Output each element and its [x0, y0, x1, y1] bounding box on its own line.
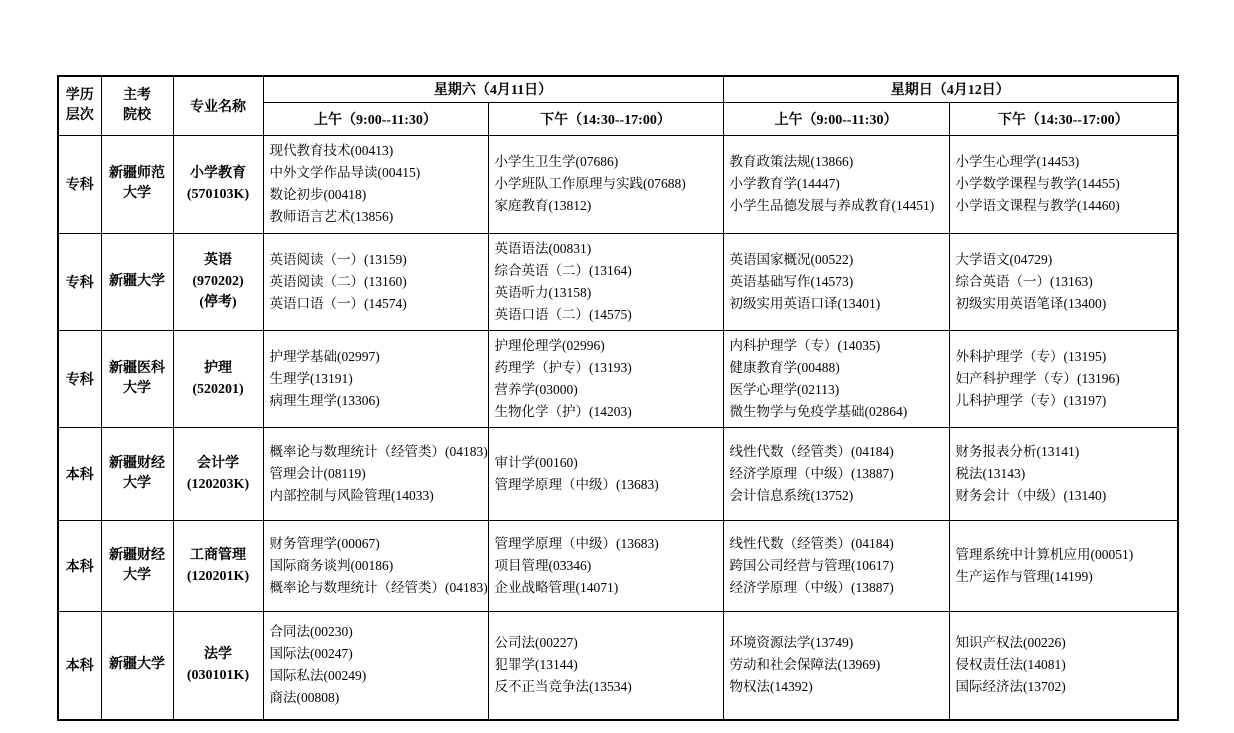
sun-am-cell: 线性代数（经管类）(04184)经济学原理（中级）(13887)会计信息系统(1… — [723, 427, 949, 520]
course-item: 合同法(00230) — [270, 621, 482, 643]
major-cell: 护理(520201) — [173, 330, 263, 427]
course-item: 企业战略管理(14071) — [495, 577, 717, 599]
major-cell: 英语(970202)(停考) — [173, 233, 263, 330]
course-item: 小学教育学(14447) — [730, 173, 943, 195]
course-item: 营养学(03000) — [495, 379, 717, 401]
course-item: 护理学基础(02997) — [270, 346, 482, 368]
header-level: 学历层次 — [58, 76, 101, 135]
course-item: 税法(13143) — [956, 463, 1172, 485]
course-item: 教育政策法规(13866) — [730, 151, 943, 173]
sat-am-cell: 现代教育技术(00413)中外文学作品导读(00415)数论初步(00418)教… — [263, 135, 488, 233]
course-item: 小学班队工作原理与实践(07688) — [495, 173, 717, 195]
course-item: 财务管理学(00067) — [270, 533, 482, 555]
course-item: 家庭教育(13812) — [495, 195, 717, 217]
school-cell: 新疆大学 — [101, 233, 173, 330]
course-item: 管理学原理（中级）(13683) — [495, 474, 717, 496]
course-item: 小学教育 — [176, 163, 261, 184]
course-item: 犯罪学(13144) — [495, 654, 717, 676]
course-item: 医学心理学(02113) — [730, 379, 943, 401]
sun-am-cell: 线性代数（经管类）(04184)跨国公司经营与管理(10617)经济学原理（中级… — [723, 520, 949, 611]
course-item: 物权法(14392) — [730, 676, 943, 698]
sun-pm-cell: 小学生心理学(14453)小学数学课程与教学(14455)小学语文课程与教学(1… — [949, 135, 1178, 233]
course-item: 工商管理 — [176, 545, 261, 566]
course-item: 知识产权法(00226) — [956, 632, 1172, 654]
course-item: 小学语文课程与教学(14460) — [956, 195, 1172, 217]
level-cell: 专科 — [58, 233, 101, 330]
sat-am-cell: 合同法(00230)国际法(00247)国际私法(00249)商法(00808) — [263, 611, 488, 720]
course-item: 经济学原理（中级）(13887) — [730, 577, 943, 599]
course-item: 大学语文(04729) — [956, 249, 1172, 271]
major-cell: 工商管理(120201K) — [173, 520, 263, 611]
major-cell: 小学教育(570103K) — [173, 135, 263, 233]
course-item: 小学生心理学(14453) — [956, 151, 1172, 173]
course-item: 财务会计（中级）(13140) — [956, 485, 1172, 507]
course-item: 会计信息系统(13752) — [730, 485, 943, 507]
course-item: 英语语法(00831) — [495, 238, 717, 260]
header-sun-pm: 下午（14:30--17:00） — [949, 102, 1178, 135]
sat-pm-cell: 管理学原理（中级）(13683)项目管理(03346)企业战略管理(14071) — [488, 520, 723, 611]
course-item: 药理学（护专）(13193) — [495, 357, 717, 379]
course-item: 管理系统中计算机应用(00051) — [956, 544, 1172, 566]
sun-am-cell: 英语国家概况(00522)英语基础写作(14573)初级实用英语口译(13401… — [723, 233, 949, 330]
sun-pm-cell: 管理系统中计算机应用(00051)生产运作与管理(14199) — [949, 520, 1178, 611]
course-item: 英语阅读（二）(13160) — [270, 271, 482, 293]
header-sun-am: 上午（9:00--11:30） — [723, 102, 949, 135]
sat-pm-cell: 审计学(00160)管理学原理（中级）(13683) — [488, 427, 723, 520]
header-sat-pm: 下午（14:30--17:00） — [488, 102, 723, 135]
header-sunday: 星期日（4月12日） — [723, 76, 1178, 102]
course-item: (120201K) — [176, 566, 261, 587]
sat-pm-cell: 小学生卫生学(07686)小学班队工作原理与实践(07688)家庭教育(1381… — [488, 135, 723, 233]
exam-schedule-page: 学历层次 主考院校 专业名称 星期六（4月11日） 星期日（4月12日） 上午（… — [0, 0, 1234, 733]
course-item: 国际经济法(13702) — [956, 676, 1172, 698]
course-item: 英语口语（一）(14574) — [270, 293, 482, 315]
course-item: 项目管理(03346) — [495, 555, 717, 577]
school-cell: 新疆财经大学 — [101, 427, 173, 520]
course-item: 内科护理学（专）(14035) — [730, 335, 943, 357]
course-item: 线性代数（经管类）(04184) — [730, 533, 943, 555]
course-item: 财务报表分析(13141) — [956, 441, 1172, 463]
course-item: 英语阅读（一）(13159) — [270, 249, 482, 271]
sat-pm-cell: 公司法(00227)犯罪学(13144)反不正当竞争法(13534) — [488, 611, 723, 720]
exam-schedule-table: 学历层次 主考院校 专业名称 星期六（4月11日） 星期日（4月12日） 上午（… — [57, 75, 1179, 721]
sat-am-cell: 英语阅读（一）(13159)英语阅读（二）(13160)英语口语（一）(1457… — [263, 233, 488, 330]
table-row: 专科 新疆大学 英语(970202)(停考) 英语阅读（一）(13159)英语阅… — [58, 233, 1178, 330]
major-cell: 法学(030101K) — [173, 611, 263, 720]
course-item: 儿科护理学（专）(13197) — [956, 390, 1172, 412]
course-item: 健康教育学(00488) — [730, 357, 943, 379]
sun-pm-cell: 知识产权法(00226)侵权责任法(14081)国际经济法(13702) — [949, 611, 1178, 720]
course-item: 初级实用英语口译(13401) — [730, 293, 943, 315]
table-row: 本科 新疆大学 法学(030101K) 合同法(00230)国际法(00247)… — [58, 611, 1178, 720]
course-item: 生物化学（护）(14203) — [495, 401, 717, 423]
header-saturday: 星期六（4月11日） — [263, 76, 723, 102]
course-item: 经济学原理（中级）(13887) — [730, 463, 943, 485]
course-item: 英语国家概况(00522) — [730, 249, 943, 271]
course-item: 外科护理学（专）(13195) — [956, 346, 1172, 368]
level-cell: 本科 — [58, 427, 101, 520]
header-school: 主考院校 — [101, 76, 173, 135]
course-item: 国际法(00247) — [270, 643, 482, 665]
course-item: 侵权责任法(14081) — [956, 654, 1172, 676]
course-item: 现代教育技术(00413) — [270, 140, 482, 162]
course-item: 管理学原理（中级）(13683) — [495, 533, 717, 555]
course-item: 跨国公司经营与管理(10617) — [730, 555, 943, 577]
school-cell: 新疆大学 — [101, 611, 173, 720]
level-cell: 专科 — [58, 330, 101, 427]
course-item: 管理会计(08119) — [270, 463, 482, 485]
table-row: 本科 新疆财经大学 工商管理(120201K) 财务管理学(00067)国际商务… — [58, 520, 1178, 611]
table-row: 专科 新疆医科大学 护理(520201) 护理学基础(02997)生理学(131… — [58, 330, 1178, 427]
school-cell: 新疆师范大学 — [101, 135, 173, 233]
course-item: 概率论与数理统计（经管类）(04183) — [270, 577, 482, 599]
sat-pm-cell: 英语语法(00831)综合英语（二）(13164)英语听力(13158)英语口语… — [488, 233, 723, 330]
course-item: 线性代数（经管类）(04184) — [730, 441, 943, 463]
school-cell: 新疆财经大学 — [101, 520, 173, 611]
course-item: (570103K) — [176, 184, 261, 205]
course-item: (120203K) — [176, 474, 261, 495]
course-item: 初级实用英语笔译(13400) — [956, 293, 1172, 315]
level-cell: 本科 — [58, 611, 101, 720]
sun-am-cell: 环境资源法学(13749)劳动和社会保障法(13969)物权法(14392) — [723, 611, 949, 720]
sun-pm-cell: 财务报表分析(13141)税法(13143)财务会计（中级）(13140) — [949, 427, 1178, 520]
course-item: 英语口语（二）(14575) — [495, 304, 717, 326]
sun-pm-cell: 大学语文(04729)综合英语（一）(13163)初级实用英语笔译(13400) — [949, 233, 1178, 330]
course-item: 数论初步(00418) — [270, 184, 482, 206]
header-sat-am: 上午（9:00--11:30） — [263, 102, 488, 135]
course-item: 小学数学课程与教学(14455) — [956, 173, 1172, 195]
course-item: (030101K) — [176, 665, 261, 686]
sat-pm-cell: 护理伦理学(02996)药理学（护专）(13193)营养学(03000)生物化学… — [488, 330, 723, 427]
course-item: 妇产科护理学（专）(13196) — [956, 368, 1172, 390]
course-item: 综合英语（一）(13163) — [956, 271, 1172, 293]
course-item: 英语 — [176, 250, 261, 271]
course-item: 概率论与数理统计（经管类）(04183) — [270, 441, 482, 463]
course-item: 病理生理学(13306) — [270, 390, 482, 412]
course-item: 护理 — [176, 358, 261, 379]
course-item: 会计学 — [176, 453, 261, 474]
major-cell: 会计学(120203K) — [173, 427, 263, 520]
course-item: 国际商务谈判(00186) — [270, 555, 482, 577]
course-item: 公司法(00227) — [495, 632, 717, 654]
sun-am-cell: 教育政策法规(13866)小学教育学(14447)小学生品德发展与养成教育(14… — [723, 135, 949, 233]
course-item: 教师语言艺术(13856) — [270, 206, 482, 228]
course-item: (520201) — [176, 379, 261, 400]
course-item: 微生物学与免疫学基础(02864) — [730, 401, 943, 423]
course-item: 小学生品德发展与养成教育(14451) — [730, 195, 943, 217]
header-major: 专业名称 — [173, 76, 263, 135]
school-cell: 新疆医科大学 — [101, 330, 173, 427]
course-item: 生产运作与管理(14199) — [956, 566, 1172, 588]
course-item: 中外文学作品导读(00415) — [270, 162, 482, 184]
course-item: 生理学(13191) — [270, 368, 482, 390]
sun-pm-cell: 外科护理学（专）(13195)妇产科护理学（专）(13196)儿科护理学（专）(… — [949, 330, 1178, 427]
course-item: 审计学(00160) — [495, 452, 717, 474]
sat-am-cell: 概率论与数理统计（经管类）(04183)管理会计(08119)内部控制与风险管理… — [263, 427, 488, 520]
course-item: 商法(00808) — [270, 687, 482, 709]
course-item: 小学生卫生学(07686) — [495, 151, 717, 173]
course-item: 内部控制与风险管理(14033) — [270, 485, 482, 507]
table-row: 本科 新疆财经大学 会计学(120203K) 概率论与数理统计（经管类）(041… — [58, 427, 1178, 520]
course-item: 反不正当竞争法(13534) — [495, 676, 717, 698]
sun-am-cell: 内科护理学（专）(14035)健康教育学(00488)医学心理学(02113)微… — [723, 330, 949, 427]
course-item: (970202) — [176, 271, 261, 292]
course-item: 法学 — [176, 644, 261, 665]
sat-am-cell: 财务管理学(00067)国际商务谈判(00186)概率论与数理统计（经管类）(0… — [263, 520, 488, 611]
course-item: (停考) — [176, 292, 261, 313]
level-cell: 专科 — [58, 135, 101, 233]
course-item: 综合英语（二）(13164) — [495, 260, 717, 282]
header-school-label: 主考院校 — [123, 86, 151, 126]
course-item: 英语基础写作(14573) — [730, 271, 943, 293]
table-row: 专科 新疆师范大学 小学教育(570103K) 现代教育技术(00413)中外文… — [58, 135, 1178, 233]
course-item: 英语听力(13158) — [495, 282, 717, 304]
course-item: 国际私法(00249) — [270, 665, 482, 687]
course-item: 环境资源法学(13749) — [730, 632, 943, 654]
course-item: 劳动和社会保障法(13969) — [730, 654, 943, 676]
level-cell: 本科 — [58, 520, 101, 611]
course-item: 护理伦理学(02996) — [495, 335, 717, 357]
sat-am-cell: 护理学基础(02997)生理学(13191)病理生理学(13306) — [263, 330, 488, 427]
header-level-label: 学历层次 — [66, 86, 94, 126]
